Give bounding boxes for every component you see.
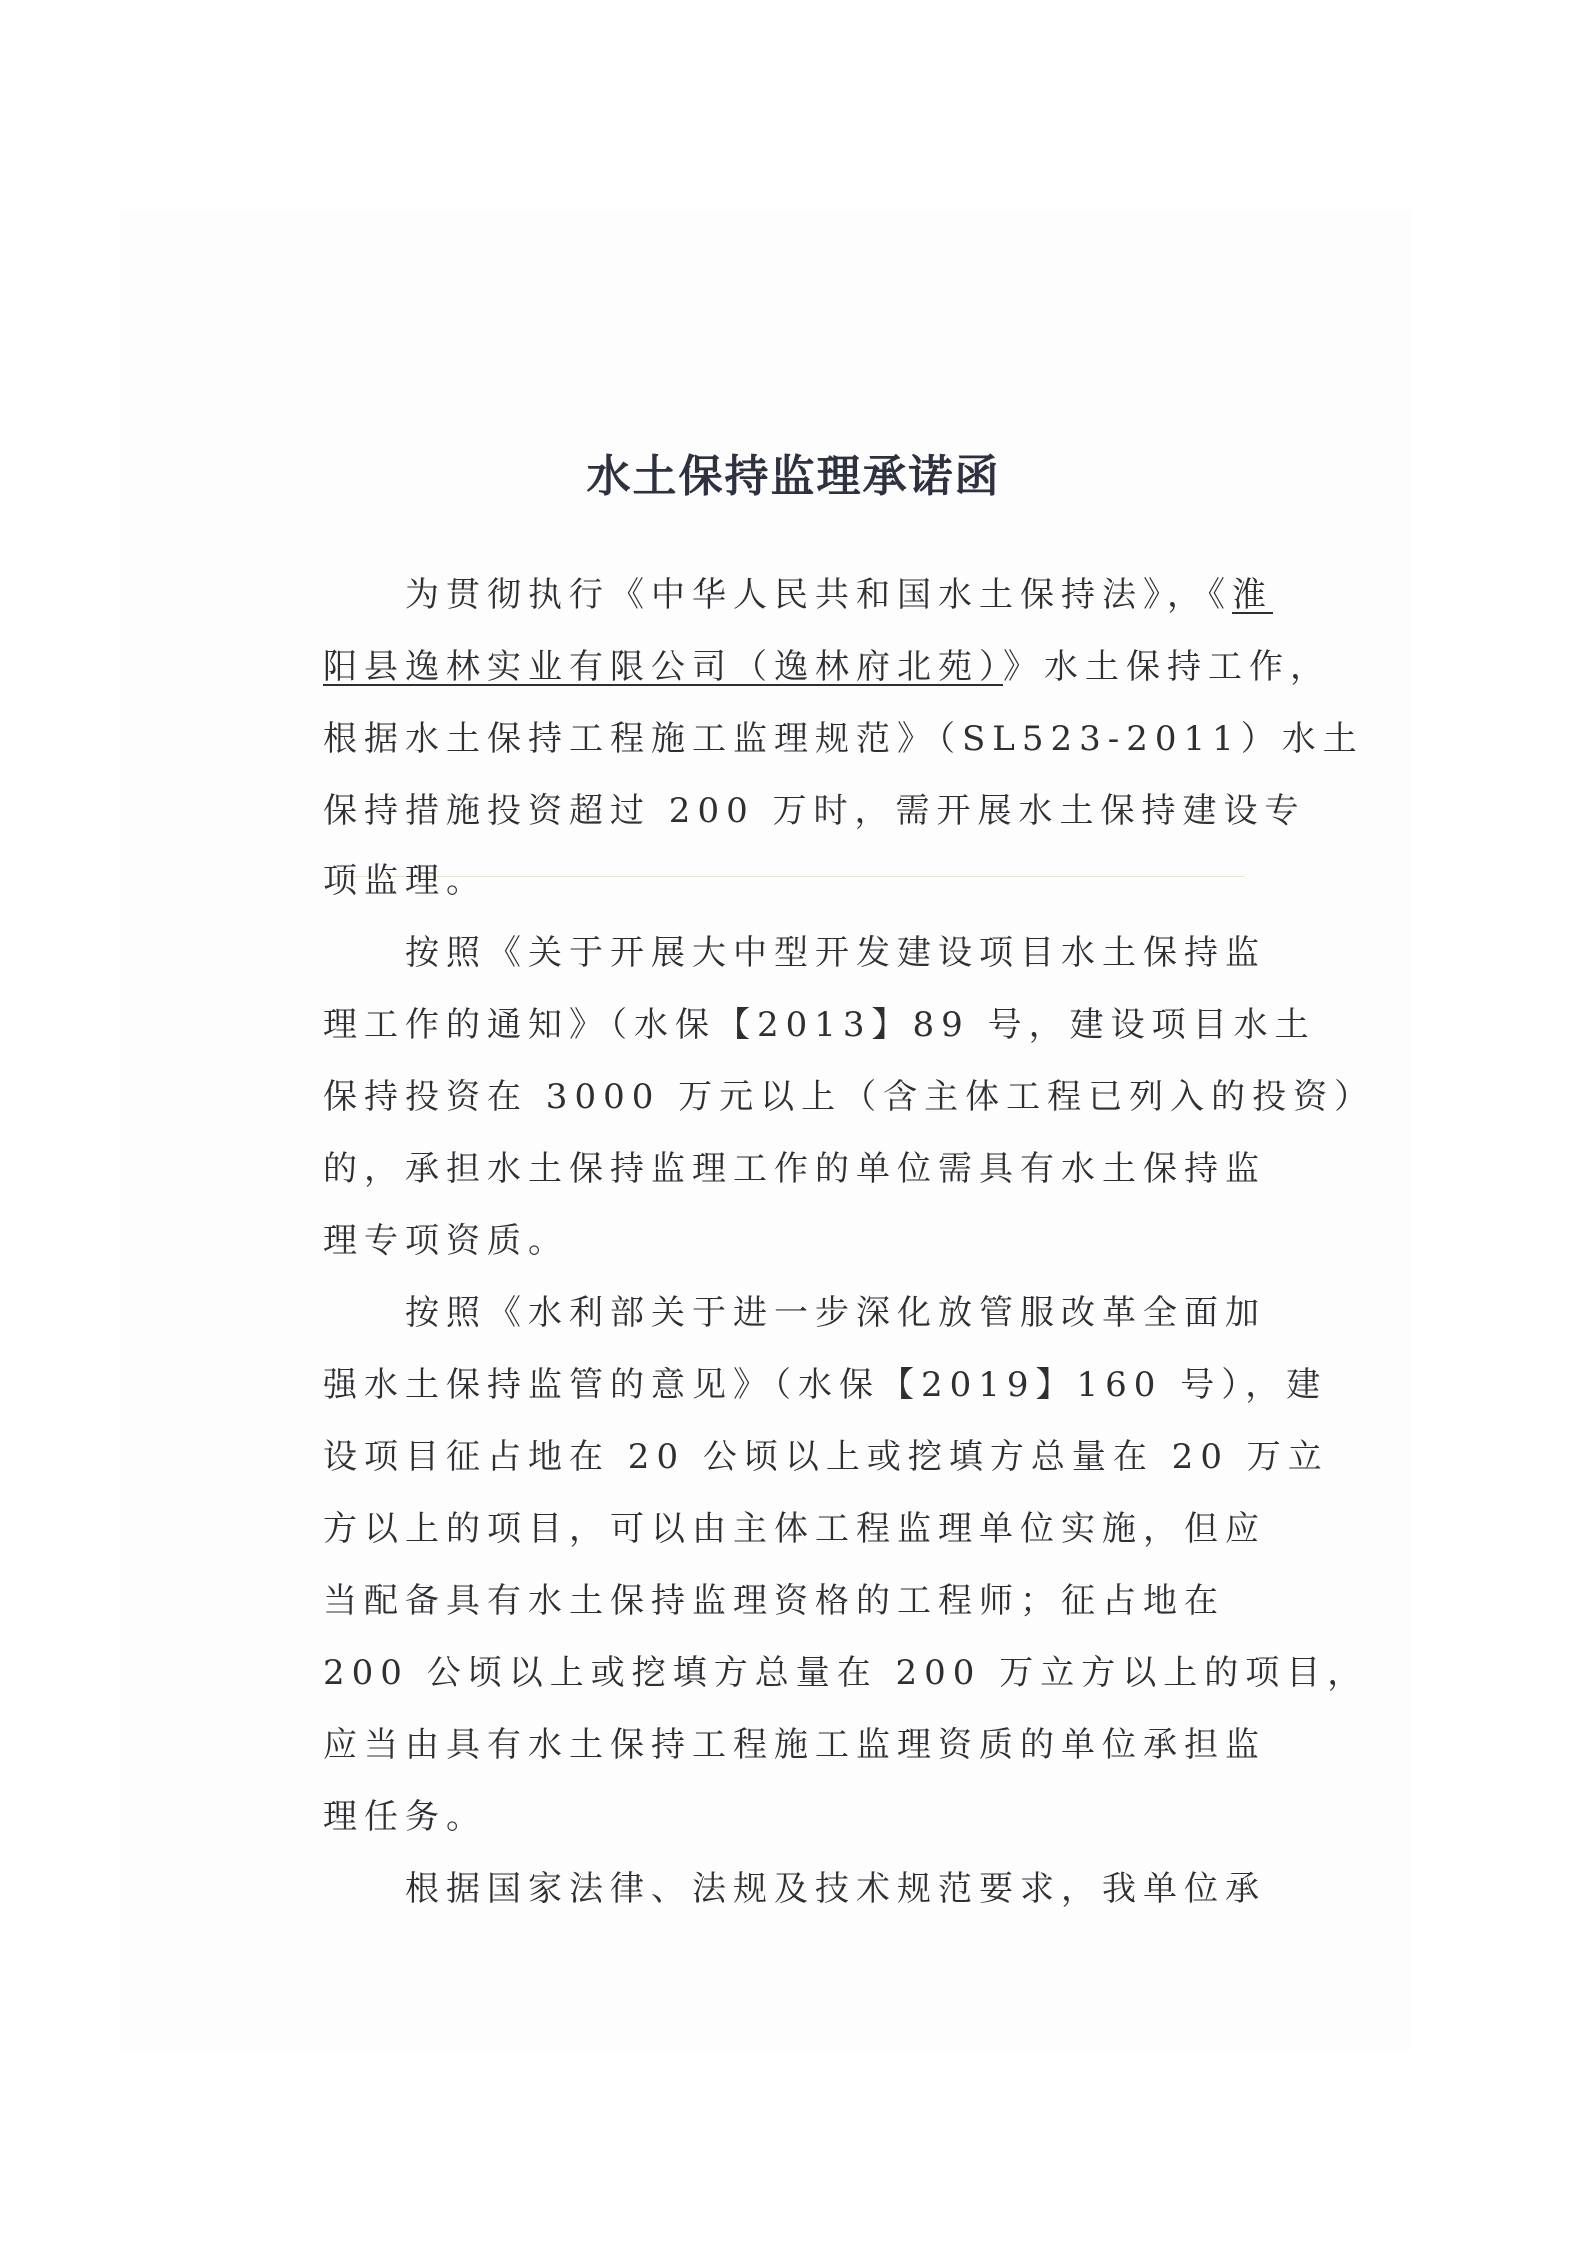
underlined-project-name: 阳县逸林实业有限公司（逸林府北苑） bbox=[323, 647, 1003, 687]
text-line: 理专项资质。 bbox=[323, 1221, 569, 1261]
text-line: 按照《水利部关于进一步深化放管服改革全面加 bbox=[405, 1293, 1266, 1333]
text-line: 阳县逸林实业有限公司（逸林府北苑）》水土保持工作， bbox=[323, 647, 1331, 687]
text-segment: 保持措施投资超过 200 万时，需开展水土保持建设专 bbox=[323, 791, 1306, 831]
text-segment: 理工作的通知》（水保【2013】89 号，建设项目水土 bbox=[323, 1005, 1316, 1045]
text-segment: 方以上的项目，可以由主体工程监理单位实施，但应 bbox=[323, 1509, 1266, 1549]
text-line: 理任务。 bbox=[323, 1797, 487, 1837]
text-line: 按照《关于开展大中型开发建设项目水土保持监 bbox=[405, 933, 1266, 973]
text-segment: 理任务。 bbox=[323, 1797, 487, 1837]
text-segment: 理专项资质。 bbox=[323, 1221, 569, 1261]
text-segment: 当配备具有水土保持监理资格的工程师；征占地在 bbox=[323, 1581, 1225, 1621]
text-segment: 根据国家法律、法规及技术规范要求，我单位承 bbox=[405, 1869, 1266, 1909]
text-segment: 应当由具有水土保持工程施工监理资质的单位承担监 bbox=[323, 1725, 1266, 1765]
text-line: 的，承担水土保持监理工作的单位需具有水土保持监 bbox=[323, 1149, 1266, 1189]
text-line: 强水土保持监管的意见》（水保【2019】160 号），建 bbox=[323, 1365, 1327, 1405]
text-line: 方以上的项目，可以由主体工程监理单位实施，但应 bbox=[323, 1509, 1266, 1549]
text-line: 应当由具有水土保持工程施工监理资质的单位承担监 bbox=[323, 1725, 1266, 1765]
text-segment: 为贯彻执行《中华人民共和国水土保持法》，《 bbox=[405, 575, 1232, 615]
text-segment: 按照《水利部关于进一步深化放管服改革全面加 bbox=[405, 1293, 1266, 1333]
text-segment: 设项目征占地在 20 公顷以上或挖填方总量在 20 万立 bbox=[323, 1437, 1329, 1477]
text-line: 200 公顷以上或挖填方总量在 200 万立方以上的项目， bbox=[323, 1653, 1368, 1693]
text-segment: 按照《关于开展大中型开发建设项目水土保持监 bbox=[405, 933, 1266, 973]
text-line: 为贯彻执行《中华人民共和国水土保持法》，《淮 bbox=[405, 575, 1273, 615]
text-segment: 根据水土保持工程施工监理规范》（SL523-2011）水土 bbox=[323, 719, 1364, 759]
text-line: 根据水土保持工程施工监理规范》（SL523-2011）水土 bbox=[323, 719, 1364, 759]
text-segment: 强水土保持监管的意见》（水保【2019】160 号），建 bbox=[323, 1365, 1327, 1405]
text-line: 当配备具有水土保持监理资格的工程师；征占地在 bbox=[323, 1581, 1225, 1621]
text-line: 项监理。 bbox=[323, 861, 487, 901]
text-segment: 的，承担水土保持监理工作的单位需具有水土保持监 bbox=[323, 1149, 1266, 1189]
underlined-project-name: 淮 bbox=[1232, 575, 1273, 615]
text-line: 理工作的通知》（水保【2013】89 号，建设项目水土 bbox=[323, 1005, 1316, 1045]
text-segment: 项监理。 bbox=[323, 861, 487, 901]
text-line: 设项目征占地在 20 公顷以上或挖填方总量在 20 万立 bbox=[323, 1437, 1329, 1477]
text-segment: 保持投资在 3000 万元以上（含主体工程已列入的投资） bbox=[323, 1077, 1375, 1117]
text-line: 根据国家法律、法规及技术规范要求，我单位承 bbox=[405, 1869, 1266, 1909]
document-title: 水土保持监理承诺函 bbox=[0, 440, 1587, 504]
text-line: 保持措施投资超过 200 万时，需开展水土保持建设专 bbox=[323, 791, 1306, 831]
text-line: 保持投资在 3000 万元以上（含主体工程已列入的投资） bbox=[323, 1077, 1375, 1117]
text-segment: 200 公顷以上或挖填方总量在 200 万立方以上的项目， bbox=[323, 1653, 1368, 1693]
text-segment: 》水土保持工作， bbox=[1003, 647, 1331, 687]
